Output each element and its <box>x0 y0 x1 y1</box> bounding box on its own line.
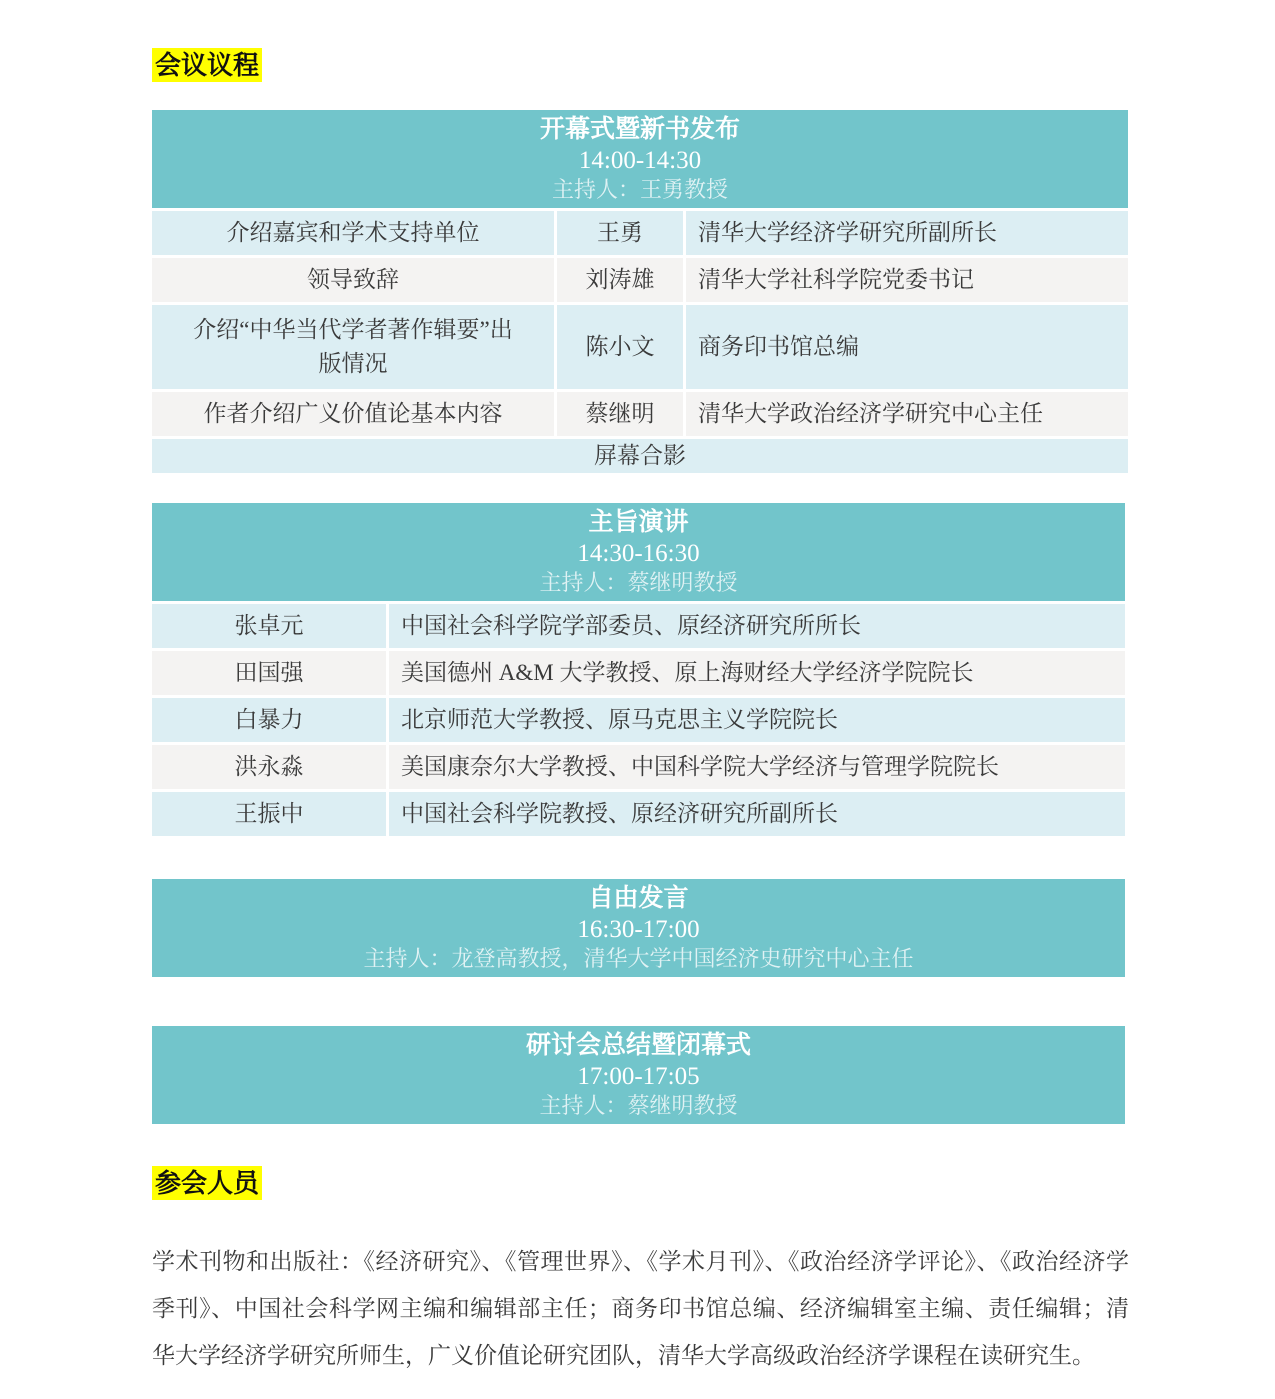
session-time: 14:00-14:30 <box>579 146 701 176</box>
agenda-item-cell: 作者介绍广义价值论基本内容 <box>152 392 554 436</box>
session-time: 14:30-16:30 <box>577 539 699 569</box>
affiliation-cell: 清华大学政治经济学研究中心主任 <box>686 392 1128 436</box>
document-page: 会议议程 开幕式暨新书发布 14:00-14:30 主持人：王勇教授 介绍嘉宾和… <box>0 0 1275 1399</box>
agenda-section-heading: 会议议程 <box>152 48 262 82</box>
session-time: 16:30-17:00 <box>577 915 699 945</box>
keynote-session-header: 主旨演讲 14:30-16:30 主持人：蔡继明教授 <box>152 503 1125 601</box>
session-host: 主持人：王勇教授 <box>552 176 728 204</box>
session-title: 开幕式暨新书发布 <box>540 114 740 146</box>
affiliation-cell: 中国社会科学院学部委员、原经济研究所所长 <box>389 604 1125 648</box>
session-title: 自由发言 <box>588 883 688 915</box>
keynote-session-table: 主旨演讲 14:30-16:30 主持人：蔡继明教授 张卓元中国社会科学院学部委… <box>152 503 1125 836</box>
speaker-cell: 王振中 <box>152 792 386 836</box>
speaker-cell: 张卓元 <box>152 604 386 648</box>
affiliation-cell: 美国德州 A&M 大学教授、原上海财经大学经济学院院长 <box>389 651 1125 695</box>
affiliation-cell: 北京师范大学教授、原马克思主义学院院长 <box>389 698 1125 742</box>
participants-section-heading: 参会人员 <box>152 1166 262 1200</box>
session-footer-group-photo: 屏幕合影 <box>152 439 1128 473</box>
session-host: 主持人：龙登高教授，清华大学中国经济史研究中心主任 <box>363 945 913 973</box>
free-discussion-banner: 自由发言 16:30-17:00 主持人：龙登高教授，清华大学中国经济史研究中心… <box>152 879 1125 977</box>
agenda-item-cell: 介绍嘉宾和学术支持单位 <box>152 211 554 255</box>
speaker-cell: 白暴力 <box>152 698 386 742</box>
affiliation-cell: 清华大学社科学院党委书记 <box>686 258 1128 302</box>
opening-session-header: 开幕式暨新书发布 14:00-14:30 主持人：王勇教授 <box>152 110 1128 208</box>
session-time: 17:00-17:05 <box>577 1062 699 1092</box>
participants-paragraph: 学术刊物和出版社：《经济研究》、《管理世界》、《学术月刊》、《政治经济学评论》、… <box>152 1238 1129 1379</box>
opening-session-table: 开幕式暨新书发布 14:00-14:30 主持人：王勇教授 介绍嘉宾和学术支持单… <box>152 110 1125 473</box>
speaker-cell: 蔡继明 <box>557 392 683 436</box>
session-title: 主旨演讲 <box>588 507 688 539</box>
speaker-cell: 洪永淼 <box>152 745 386 789</box>
speaker-cell: 田国强 <box>152 651 386 695</box>
closing-session-banner: 研讨会总结暨闭幕式 17:00-17:05 主持人：蔡继明教授 <box>152 1026 1125 1124</box>
affiliation-cell: 商务印书馆总编 <box>686 305 1128 389</box>
session-title: 研讨会总结暨闭幕式 <box>526 1030 751 1062</box>
speaker-cell: 王勇 <box>557 211 683 255</box>
agenda-item-cell: 领导致辞 <box>152 258 554 302</box>
affiliation-cell: 清华大学经济学研究所副所长 <box>686 211 1128 255</box>
session-host: 主持人：蔡继明教授 <box>539 569 737 597</box>
affiliation-cell: 中国社会科学院教授、原经济研究所副所长 <box>389 792 1125 836</box>
speaker-cell: 陈小文 <box>557 305 683 389</box>
agenda-item-cell: 介绍“中华当代学者著作辑要”出版情况 <box>152 305 554 389</box>
session-host: 主持人：蔡继明教授 <box>539 1092 737 1120</box>
affiliation-cell: 美国康奈尔大学教授、中国科学院大学经济与管理学院院长 <box>389 745 1125 789</box>
speaker-cell: 刘涛雄 <box>557 258 683 302</box>
